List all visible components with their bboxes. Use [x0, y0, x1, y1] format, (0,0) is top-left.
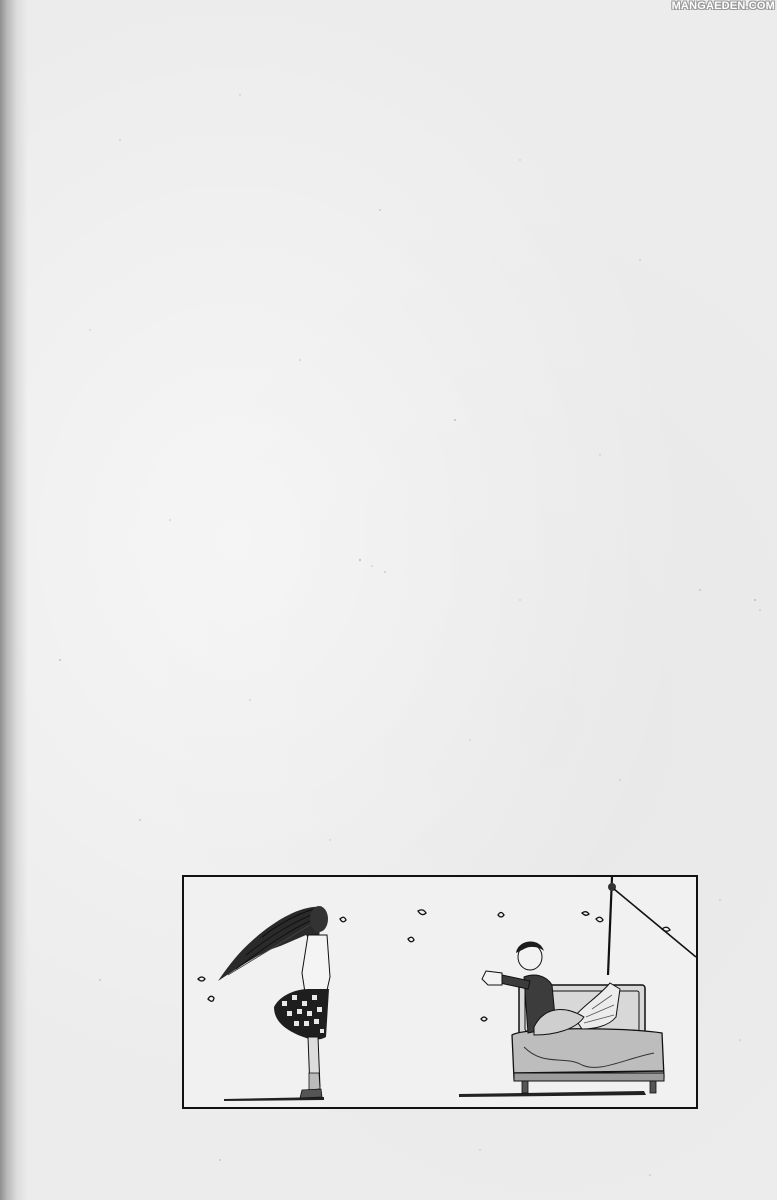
bed-shadow — [459, 1091, 646, 1097]
manga-panel — [182, 875, 698, 1109]
traction-rope-icon — [608, 877, 696, 975]
manga-page: MANGAEDEN.COM — [0, 0, 777, 1200]
panel-illustration — [184, 877, 696, 1107]
page-binding-shadow — [0, 0, 28, 1200]
bed-figure-icon — [482, 941, 664, 1093]
girl-figure-icon — [218, 906, 330, 1098]
watermark: MANGAEDEN.COM — [670, 0, 777, 12]
